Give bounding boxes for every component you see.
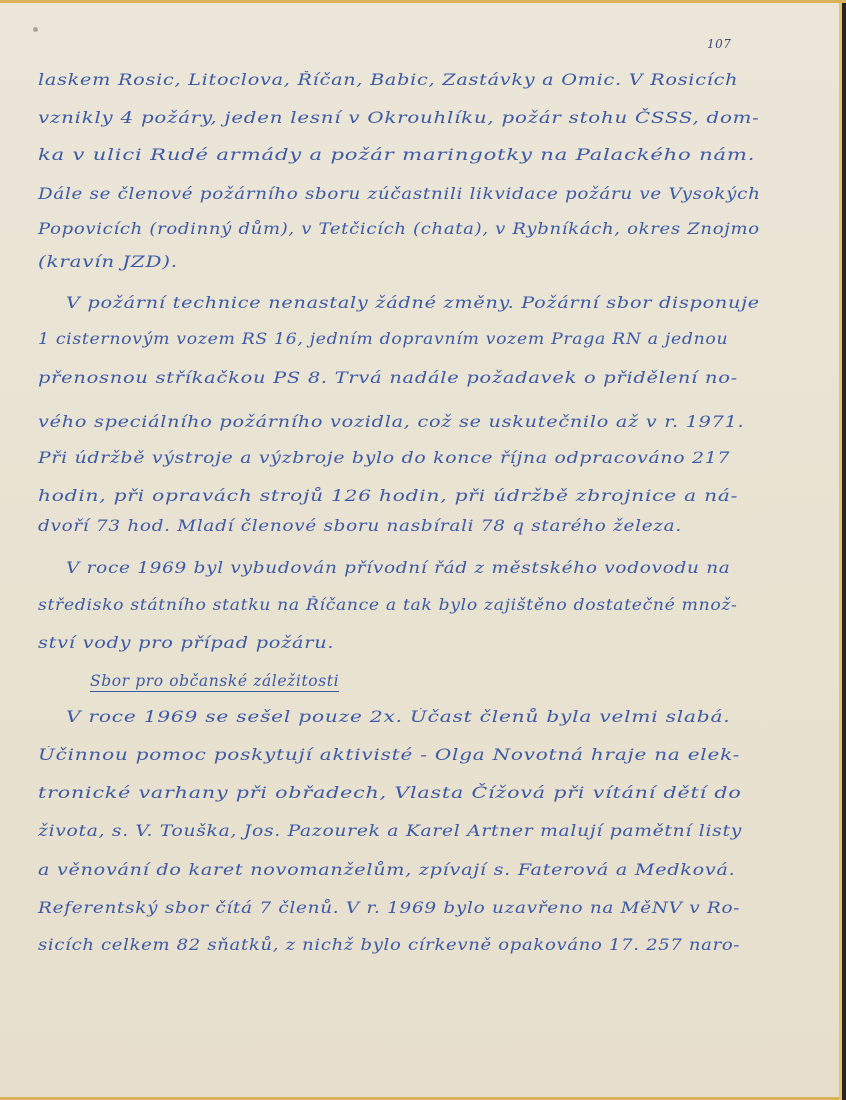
handwritten-line: života, s. V. Touška, Jos. Pazourek a Ka… xyxy=(38,822,742,840)
section-heading: Sbor pro občanské záležitosti xyxy=(90,672,339,692)
handwritten-line: ka v ulici Rudé armády a požár maringotk… xyxy=(38,146,755,164)
handwritten-line: Popovicích (rodinný dům), v Tetčicích (c… xyxy=(38,220,760,238)
handwritten-line: hodin, při opravách strojů 126 hodin, př… xyxy=(38,487,738,505)
handwritten-line: sicích celkem 82 sňatků, z nichž bylo cí… xyxy=(38,936,740,954)
handwritten-line: vého speciálního požárního vozidla, což … xyxy=(38,413,744,431)
handwritten-line: Účinnou pomoc poskytují aktivisté - Olga… xyxy=(38,746,740,764)
handwritten-line: Při údržbě výstroje a výzbroje bylo do k… xyxy=(38,449,730,467)
handwritten-line: ství vody pro případ požáru. xyxy=(38,634,334,652)
handwritten-line: V požární technice nenastaly žádné změny… xyxy=(66,294,760,312)
handwritten-line: V roce 1969 byl vybudován přívodní řád z… xyxy=(66,559,731,577)
handwritten-line: (kravín JZD). xyxy=(38,253,178,271)
page-number: 107 xyxy=(707,37,731,51)
page-edge-shadow xyxy=(842,3,846,1100)
handwritten-line: V roce 1969 se sešel pouze 2x. Účast čle… xyxy=(66,708,730,726)
document-page: 107 laskem Rosic, Litoclova, Říčan, Babi… xyxy=(0,0,846,1100)
handwritten-line: vznikly 4 požáry, jeden lesní v Okrouhlí… xyxy=(38,109,760,127)
handwritten-line: tronické varhany při obřadech, Vlasta Čí… xyxy=(38,784,742,802)
handwritten-line: laskem Rosic, Litoclova, Říčan, Babic, Z… xyxy=(38,71,738,89)
handwritten-line: přenosnou stříkačkou PS 8. Trvá nadále p… xyxy=(38,369,738,387)
handwritten-line: 1 cisternovým vozem RS 16, jedním doprav… xyxy=(38,330,728,348)
handwritten-line: Dále se členové požárního sboru zúčastni… xyxy=(38,185,761,203)
handwritten-line: Referentský sbor čítá 7 členů. V r. 1969… xyxy=(38,899,740,917)
handwritten-line: a věnování do karet novomanželům, zpívaj… xyxy=(38,861,735,879)
handwritten-line: středisko státního statku na Říčance a t… xyxy=(38,596,738,614)
ink-smudge xyxy=(33,27,38,32)
handwritten-line: dvoří 73 hod. Mladí členové sboru nasbír… xyxy=(38,517,682,535)
